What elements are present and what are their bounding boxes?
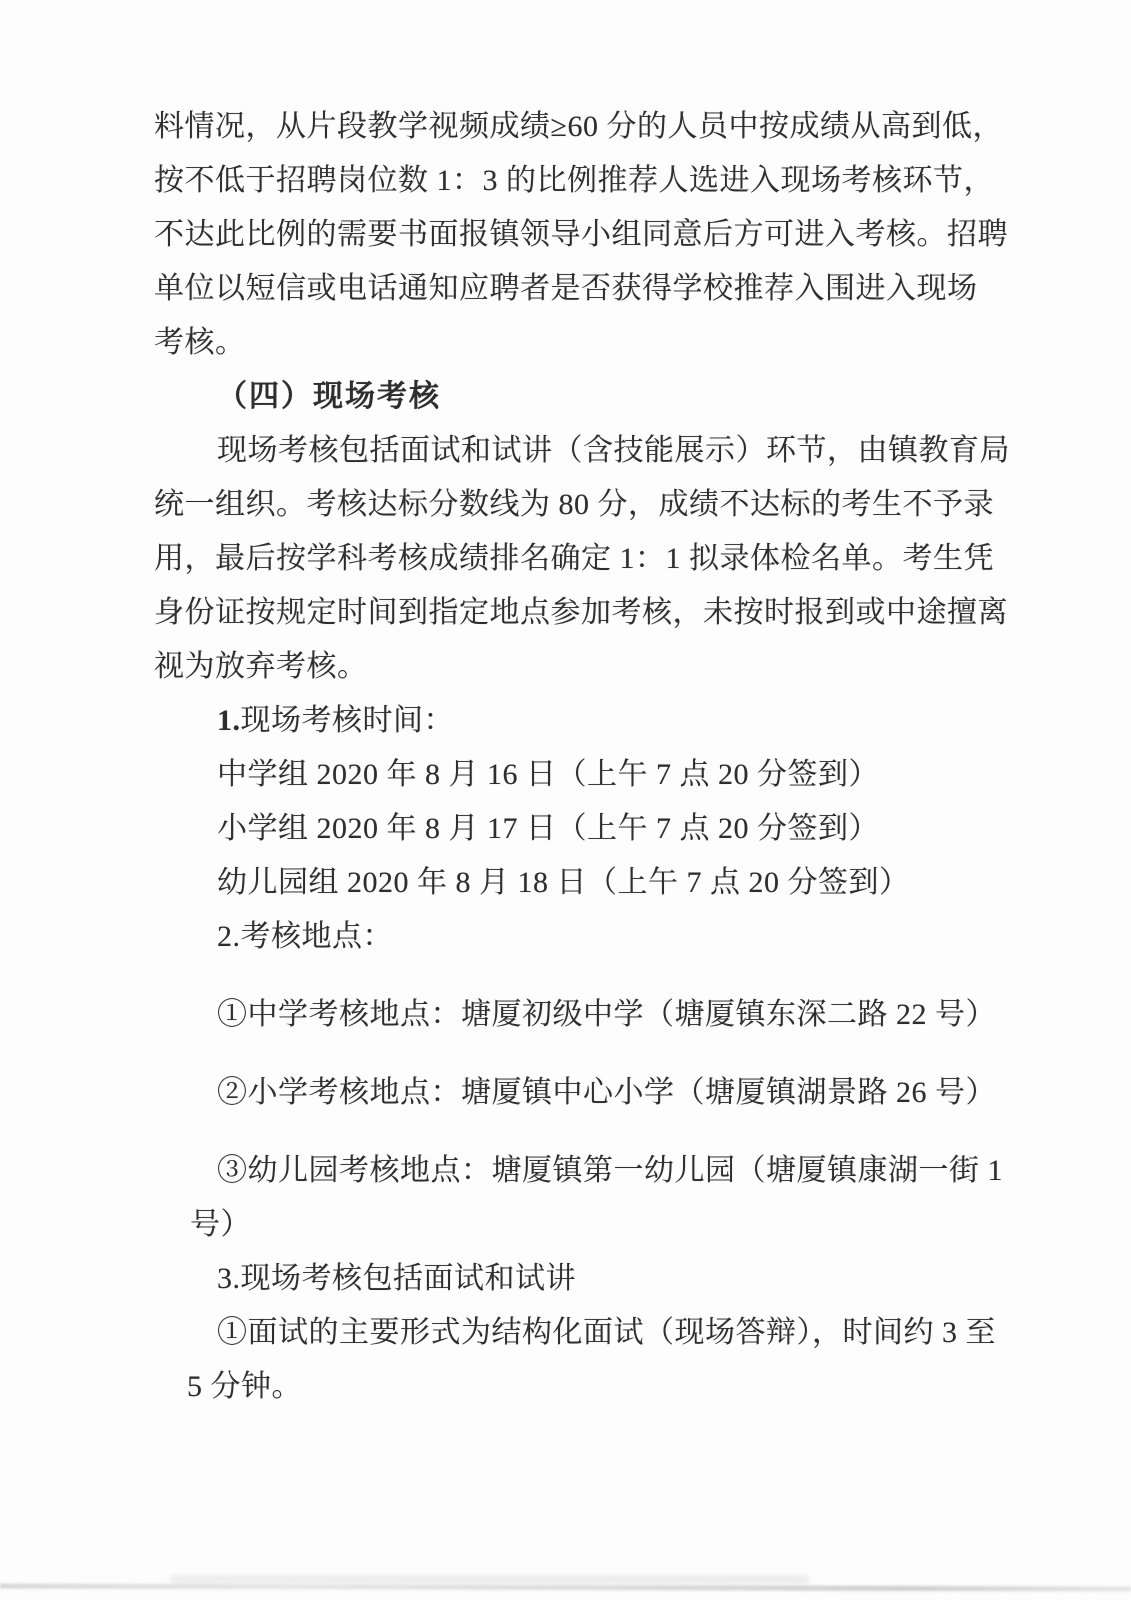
paragraph-line: 现场考核包括面试和试讲（含技能展示）环节，由镇教育局 [154, 424, 994, 478]
item-1-heading: 1.现场考核时间： [154, 694, 994, 748]
paragraph-line: 视为放弃考核。 [154, 640, 994, 694]
paragraph-line: 统一组织。考核达标分数线为 80 分，成绩不达标的考生不予录 [154, 478, 994, 532]
item-3-heading: 3.现场考核包括面试和试讲 [154, 1252, 994, 1306]
location-line: ②小学考核地点：塘厦镇中心小学（塘厦镇湖景路 26 号） [154, 1066, 994, 1120]
paragraph-line: 用，最后按学科考核成绩排名确定 1：1 拟录体检名单。考生凭 [154, 532, 994, 586]
paragraph-line: 按不低于招聘岗位数 1：3 的比例推荐人选进入现场考核环节， [154, 154, 994, 208]
section-heading: （四）现场考核 [154, 370, 994, 424]
location-line: ③幼儿园考核地点：塘厦镇第一幼儿园（塘厦镇康湖一街 1 [154, 1144, 994, 1198]
schedule-line: 中学组 2020 年 8 月 16 日（上午 7 点 20 分签到） [154, 748, 994, 802]
schedule-line: 小学组 2020 年 8 月 17 日（上午 7 点 20 分签到） [154, 802, 994, 856]
scan-edge-line [0, 1584, 1131, 1592]
paragraph-line: 考核。 [154, 316, 994, 370]
paragraph-line: 身份证按规定时间到指定地点参加考核，未按时报到或中途擅离 [154, 586, 994, 640]
paragraph-line: 不达此比例的需要书面报镇领导小组同意后方可进入考核。招聘 [154, 208, 994, 262]
location-line: ①中学考核地点：塘厦初级中学（塘厦镇东深二路 22 号） [154, 988, 994, 1042]
item-1-label: 现场考核时间： [241, 704, 455, 737]
document-body: 料情况，从片段教学视频成绩≥60 分的人员中按成绩从高到低， 按不低于招聘岗位数… [154, 100, 994, 1414]
item-1-number: 1. [217, 704, 241, 737]
paragraph-line: 单位以短信或电话通知应聘者是否获得学校推荐入围进入现场 [154, 262, 994, 316]
detail-line-continuation: 5 分钟。 [154, 1360, 994, 1414]
item-2-label: 考核地点： [241, 920, 394, 953]
item-2-number: 2. [217, 920, 241, 953]
paragraph-line: 料情况，从片段教学视频成绩≥60 分的人员中按成绩从高到低， [154, 100, 994, 154]
scan-smudge [170, 1575, 810, 1584]
location-line-continuation: 号） [154, 1198, 994, 1252]
item-3-label: 现场考核包括面试和试讲 [241, 1262, 577, 1295]
document-page: 料情况，从片段教学视频成绩≥60 分的人员中按成绩从高到低， 按不低于招聘岗位数… [0, 0, 1131, 1600]
item-3-number: 3. [217, 1262, 241, 1295]
schedule-line: 幼儿园组 2020 年 8 月 18 日（上午 7 点 20 分签到） [154, 856, 994, 910]
detail-line: ①面试的主要形式为结构化面试（现场答辩），时间约 3 至 [154, 1306, 994, 1360]
item-2-heading: 2.考核地点： [154, 910, 994, 964]
